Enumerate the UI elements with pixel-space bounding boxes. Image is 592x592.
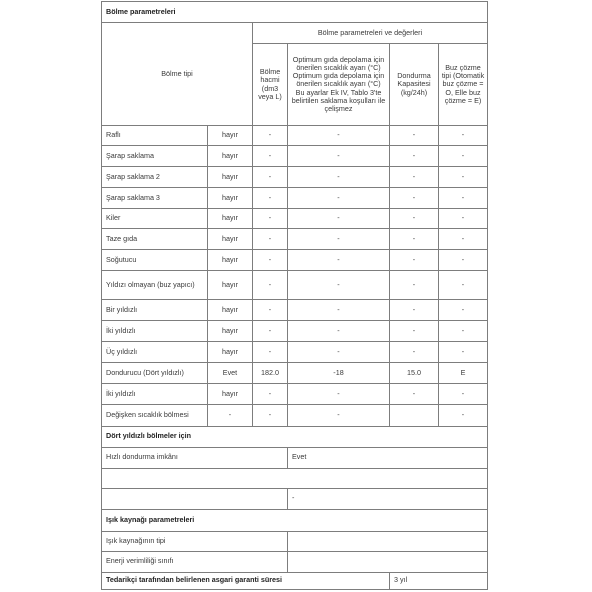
grid-line	[102, 383, 487, 384]
row-name: Taze gıda	[102, 229, 207, 249]
grid-line	[102, 228, 487, 229]
row-temperature: -	[288, 342, 389, 362]
row-defrost: -	[439, 342, 487, 362]
row-present: hayır	[208, 146, 252, 166]
grid-line	[102, 341, 487, 342]
row-present: hayır	[208, 250, 252, 270]
row-name: Şarap saklama	[102, 146, 207, 166]
row-present: hayır	[208, 300, 252, 320]
row-capacity: -	[390, 321, 438, 341]
row-present: hayır	[208, 271, 252, 299]
row-volume: -	[253, 188, 287, 208]
grid-line	[102, 125, 487, 126]
row-present: hayır	[208, 342, 252, 362]
row-capacity: -	[390, 167, 438, 187]
grid-line	[287, 531, 288, 572]
row-name: Soğutucu	[102, 250, 207, 270]
row-volume: -	[253, 146, 287, 166]
grid-line	[102, 426, 487, 427]
extra-value: -	[288, 488, 487, 509]
row-temperature: -	[288, 405, 389, 426]
grid-line	[102, 447, 487, 448]
row-name: İki yıldızlı	[102, 321, 207, 341]
row-name: Şarap saklama 3	[102, 188, 207, 208]
grid-line	[287, 43, 288, 426]
row-name: İki yıldızlı	[102, 384, 207, 404]
row-name: Dondurucu (Dört yıldızlı)	[102, 363, 207, 383]
grid-line	[389, 572, 390, 590]
header-volume: Bölme hacmi (dm3 veya L)	[253, 44, 287, 125]
row-defrost: -	[439, 300, 487, 320]
row-volume: -	[253, 209, 287, 228]
row-name: Bir yıldızlı	[102, 300, 207, 320]
grid-line	[102, 187, 487, 188]
row-defrost: -	[439, 188, 487, 208]
row-defrost: -	[439, 384, 487, 404]
row-temperature: -	[288, 250, 389, 270]
row-defrost: -	[439, 321, 487, 341]
row-defrost: -	[439, 126, 487, 145]
row-temperature: -	[288, 271, 389, 299]
grid-line	[102, 468, 487, 469]
grid-line	[287, 488, 288, 509]
warranty-label: Tedarikçi tarafından belirlenen asgari g…	[102, 572, 389, 589]
row-present: hayır	[208, 321, 252, 341]
grid-line	[102, 509, 487, 510]
row-capacity: -	[390, 188, 438, 208]
light-type-label: Işık kaynağının tipi	[102, 531, 287, 551]
grid-line	[102, 145, 487, 146]
table-title: Bölme parametreleri	[102, 2, 487, 22]
row-volume: -	[253, 405, 287, 426]
row-volume: -	[253, 321, 287, 341]
row-capacity: -	[390, 146, 438, 166]
row-present: -	[208, 405, 252, 426]
fast-freeze-label: Hızlı dondurma imkânı	[102, 447, 287, 468]
row-defrost: -	[439, 209, 487, 228]
row-capacity: -	[390, 342, 438, 362]
row-defrost: -	[439, 271, 487, 299]
row-temperature: -	[288, 146, 389, 166]
row-temperature: -	[288, 384, 389, 404]
grid-line	[287, 447, 288, 468]
row-defrost: -	[439, 167, 487, 187]
row-name: Şarap saklama 2	[102, 167, 207, 187]
row-present: hayır	[208, 126, 252, 145]
row-name: Değişken sıcaklık bölmesi	[102, 405, 207, 426]
row-volume: -	[253, 126, 287, 145]
row-temperature: -18	[288, 363, 389, 383]
fast-freeze-value: Evet	[288, 447, 487, 468]
row-defrost: -	[439, 405, 487, 426]
grid-line	[102, 488, 487, 489]
header-freezing-capacity: Dondurma Kapasitesi (kg/24h)	[390, 44, 438, 125]
row-volume: -	[253, 342, 287, 362]
row-volume: -	[253, 229, 287, 249]
row-name: Yıldızı olmayan (buz yapıcı)	[102, 271, 207, 299]
grid-line	[389, 43, 390, 426]
blank-row	[102, 468, 487, 488]
row-defrost: -	[439, 250, 487, 270]
row-defrost: E	[439, 363, 487, 383]
grid-line	[102, 166, 487, 167]
row-volume: -	[253, 167, 287, 187]
row-capacity: -	[390, 384, 438, 404]
light-title: Işık kaynağı parametreleri	[102, 509, 487, 531]
row-temperature: -	[288, 167, 389, 187]
header-temperature: Optimum gıda depolama için önerilen sıca…	[288, 44, 389, 125]
grid-line	[102, 572, 487, 573]
row-temperature: -	[288, 126, 389, 145]
row-capacity: -	[390, 209, 438, 228]
row-temperature: -	[288, 321, 389, 341]
row-volume: 182.0	[253, 363, 287, 383]
row-capacity	[390, 405, 438, 426]
grid-line	[102, 362, 487, 363]
row-capacity: 15.0	[390, 363, 438, 383]
row-present: hayır	[208, 229, 252, 249]
row-present: Evet	[208, 363, 252, 383]
header-defrost-type: Buz çözme tipi (Otomatik buz çözme = O, …	[439, 44, 487, 125]
header-type-label: Bölme tipi	[102, 23, 252, 125]
row-capacity: -	[390, 250, 438, 270]
row-volume: -	[253, 271, 287, 299]
row-defrost: -	[439, 229, 487, 249]
extra-label	[102, 488, 287, 509]
warranty-value: 3 yıl	[390, 572, 487, 589]
row-temperature: -	[288, 229, 389, 249]
grid-line	[252, 22, 253, 426]
row-present: hayır	[208, 167, 252, 187]
grid-line	[102, 299, 487, 300]
grid-line	[102, 320, 487, 321]
grid-line	[102, 531, 487, 532]
grid-line	[102, 551, 487, 552]
row-temperature: -	[288, 300, 389, 320]
row-present: hayır	[208, 209, 252, 228]
row-name: Kiler	[102, 209, 207, 228]
product-info-table: Bölme parametreleri Bölme parametreleri …	[101, 1, 488, 590]
row-capacity: -	[390, 300, 438, 320]
four-star-title: Dört yıldızlı bölmeler için	[102, 426, 487, 447]
grid-line	[102, 270, 487, 271]
row-volume: -	[253, 250, 287, 270]
row-capacity: -	[390, 126, 438, 145]
row-name: Üç yıldızlı	[102, 342, 207, 362]
energy-class-value	[288, 551, 487, 572]
grid-line	[102, 208, 487, 209]
light-type-value	[288, 531, 487, 551]
row-volume: -	[253, 384, 287, 404]
row-name: Raflı	[102, 126, 207, 145]
row-temperature: -	[288, 209, 389, 228]
row-temperature: -	[288, 188, 389, 208]
row-capacity: -	[390, 271, 438, 299]
row-present: hayır	[208, 188, 252, 208]
row-volume: -	[253, 300, 287, 320]
grid-line	[102, 22, 487, 23]
grid-line	[102, 404, 487, 405]
grid-line	[102, 249, 487, 250]
row-present: hayır	[208, 384, 252, 404]
energy-class-label: Enerji verimliliği sınıfı	[102, 551, 287, 572]
grid-line	[438, 43, 439, 426]
grid-line	[207, 125, 208, 426]
header-group-label: Bölme parametreleri ve değerleri	[253, 23, 487, 43]
row-capacity: -	[390, 229, 438, 249]
row-defrost: -	[439, 146, 487, 166]
